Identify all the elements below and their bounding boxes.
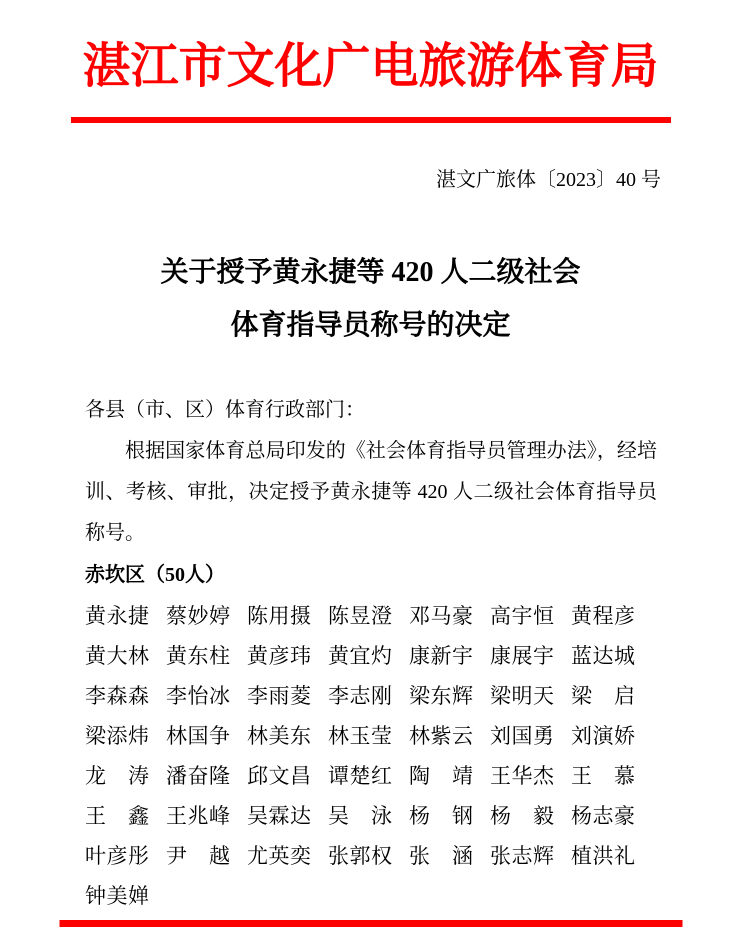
person-name: 林国争 [166,716,230,756]
person-name: 王兆峰 [166,796,230,836]
doc-title-line1: 关于授予黄永捷等 420 人二级社会 [0,246,741,299]
doc-title-line2: 体育指导员称号的决定 [0,299,741,352]
letterhead-double-rule [71,117,671,123]
person-name: 梁明天 [490,676,554,716]
person-name: 刘演娇 [571,716,635,756]
person-name: 高宇恒 [490,596,554,636]
person-name: 龙涛 [85,756,149,796]
name-row: 梁添炜林国争林美东林玉莹林紫云刘国勇刘演娇 [85,716,657,756]
person-name: 刘国勇 [490,716,554,756]
name-row: 叶彦彤尹越尤英奕张郭权张涵张志辉植洪礼 [85,836,657,876]
person-name: 林玉莹 [328,716,392,756]
person-name: 张郭权 [328,836,392,876]
person-name: 陈用摄 [247,596,311,636]
person-name: 王鑫 [85,796,149,836]
name-row: 李森森李怡冰李雨菱李志刚梁东辉梁明天梁启 [85,676,657,716]
name-row: 王鑫王兆峰吴霖达吴泳杨钢杨毅杨志豪 [85,796,657,836]
person-name: 叶彦彤 [85,836,149,876]
person-name: 钟美婵 [85,876,149,916]
person-name: 尹越 [166,836,230,876]
person-name: 尤英奕 [247,836,311,876]
person-name: 吴霖达 [247,796,311,836]
person-name: 杨毅 [490,796,554,836]
name-grid: 黄永捷蔡妙婷陈用摄陈昱澄邓马豪高宇恒黄程彦黄大林黄东柱黄彦玮黄宜灼康新宇康展宇蓝… [85,596,657,916]
name-row: 黄大林黄东柱黄彦玮黄宜灼康新宇康展宇蓝达城 [85,636,657,676]
section-heading: 赤坎区（50人） [85,556,657,594]
person-name: 张涵 [409,836,473,876]
person-name: 蔡妙婷 [166,596,230,636]
name-row: 龙涛潘奋隆邱文昌谭楚红陶靖王华杰王慕 [85,756,657,796]
person-name: 黄彦玮 [247,636,311,676]
name-row: 黄永捷蔡妙婷陈用摄陈昱澄邓马豪高宇恒黄程彦 [85,596,657,636]
person-name: 黄大林 [85,636,149,676]
person-name: 黄永捷 [85,596,149,636]
person-name: 谭楚红 [328,756,392,796]
person-name: 潘奋隆 [166,756,230,796]
person-name: 康新宇 [409,636,473,676]
person-name: 杨志豪 [571,796,635,836]
person-name: 李志刚 [328,676,392,716]
person-name: 林美东 [247,716,311,756]
person-name: 陈昱澄 [328,596,392,636]
person-name: 陶靖 [409,756,473,796]
doc-title: 关于授予黄永捷等 420 人二级社会 体育指导员称号的决定 [0,246,741,352]
person-name: 王慕 [571,756,635,796]
person-name: 梁添炜 [85,716,149,756]
letterhead: 湛江市文化广电旅游体育局 [0,36,741,123]
person-name: 梁启 [571,676,635,716]
person-name: 邱文昌 [247,756,311,796]
person-name: 黄东柱 [166,636,230,676]
agency-name: 湛江市文化广电旅游体育局 [0,36,741,98]
name-row: 钟美婵 [85,876,657,916]
person-name: 黄宜灼 [328,636,392,676]
person-name: 李森森 [85,676,149,716]
body-paragraph: 根据国家体育总局印发的《社会体育指导员管理办法》，经培训、考核、审批，决定授予黄… [85,431,657,554]
person-name: 吴泳 [328,796,392,836]
person-name: 李怡冰 [166,676,230,716]
person-name: 蓝达城 [571,636,635,676]
document-body: 各县（市、区）体育行政部门： 根据国家体育总局印发的《社会体育指导员管理办法》，… [0,390,741,916]
person-name: 黄程彦 [571,596,635,636]
person-name: 康展宇 [490,636,554,676]
person-name: 植洪礼 [571,836,635,876]
salutation: 各县（市、区）体育行政部门： [85,390,657,431]
document-page: 湛江市文化广电旅游体育局 湛文广旅体〔2023〕40 号 关于授予黄永捷等 42… [0,0,741,936]
doc-number: 湛文广旅体〔2023〕40 号 [0,168,741,192]
person-name: 邓马豪 [409,596,473,636]
person-name: 张志辉 [490,836,554,876]
footer-double-rule [59,920,682,927]
person-name: 李雨菱 [247,676,311,716]
person-name: 林紫云 [409,716,473,756]
person-name: 梁东辉 [409,676,473,716]
person-name: 杨钢 [409,796,473,836]
person-name: 王华杰 [490,756,554,796]
